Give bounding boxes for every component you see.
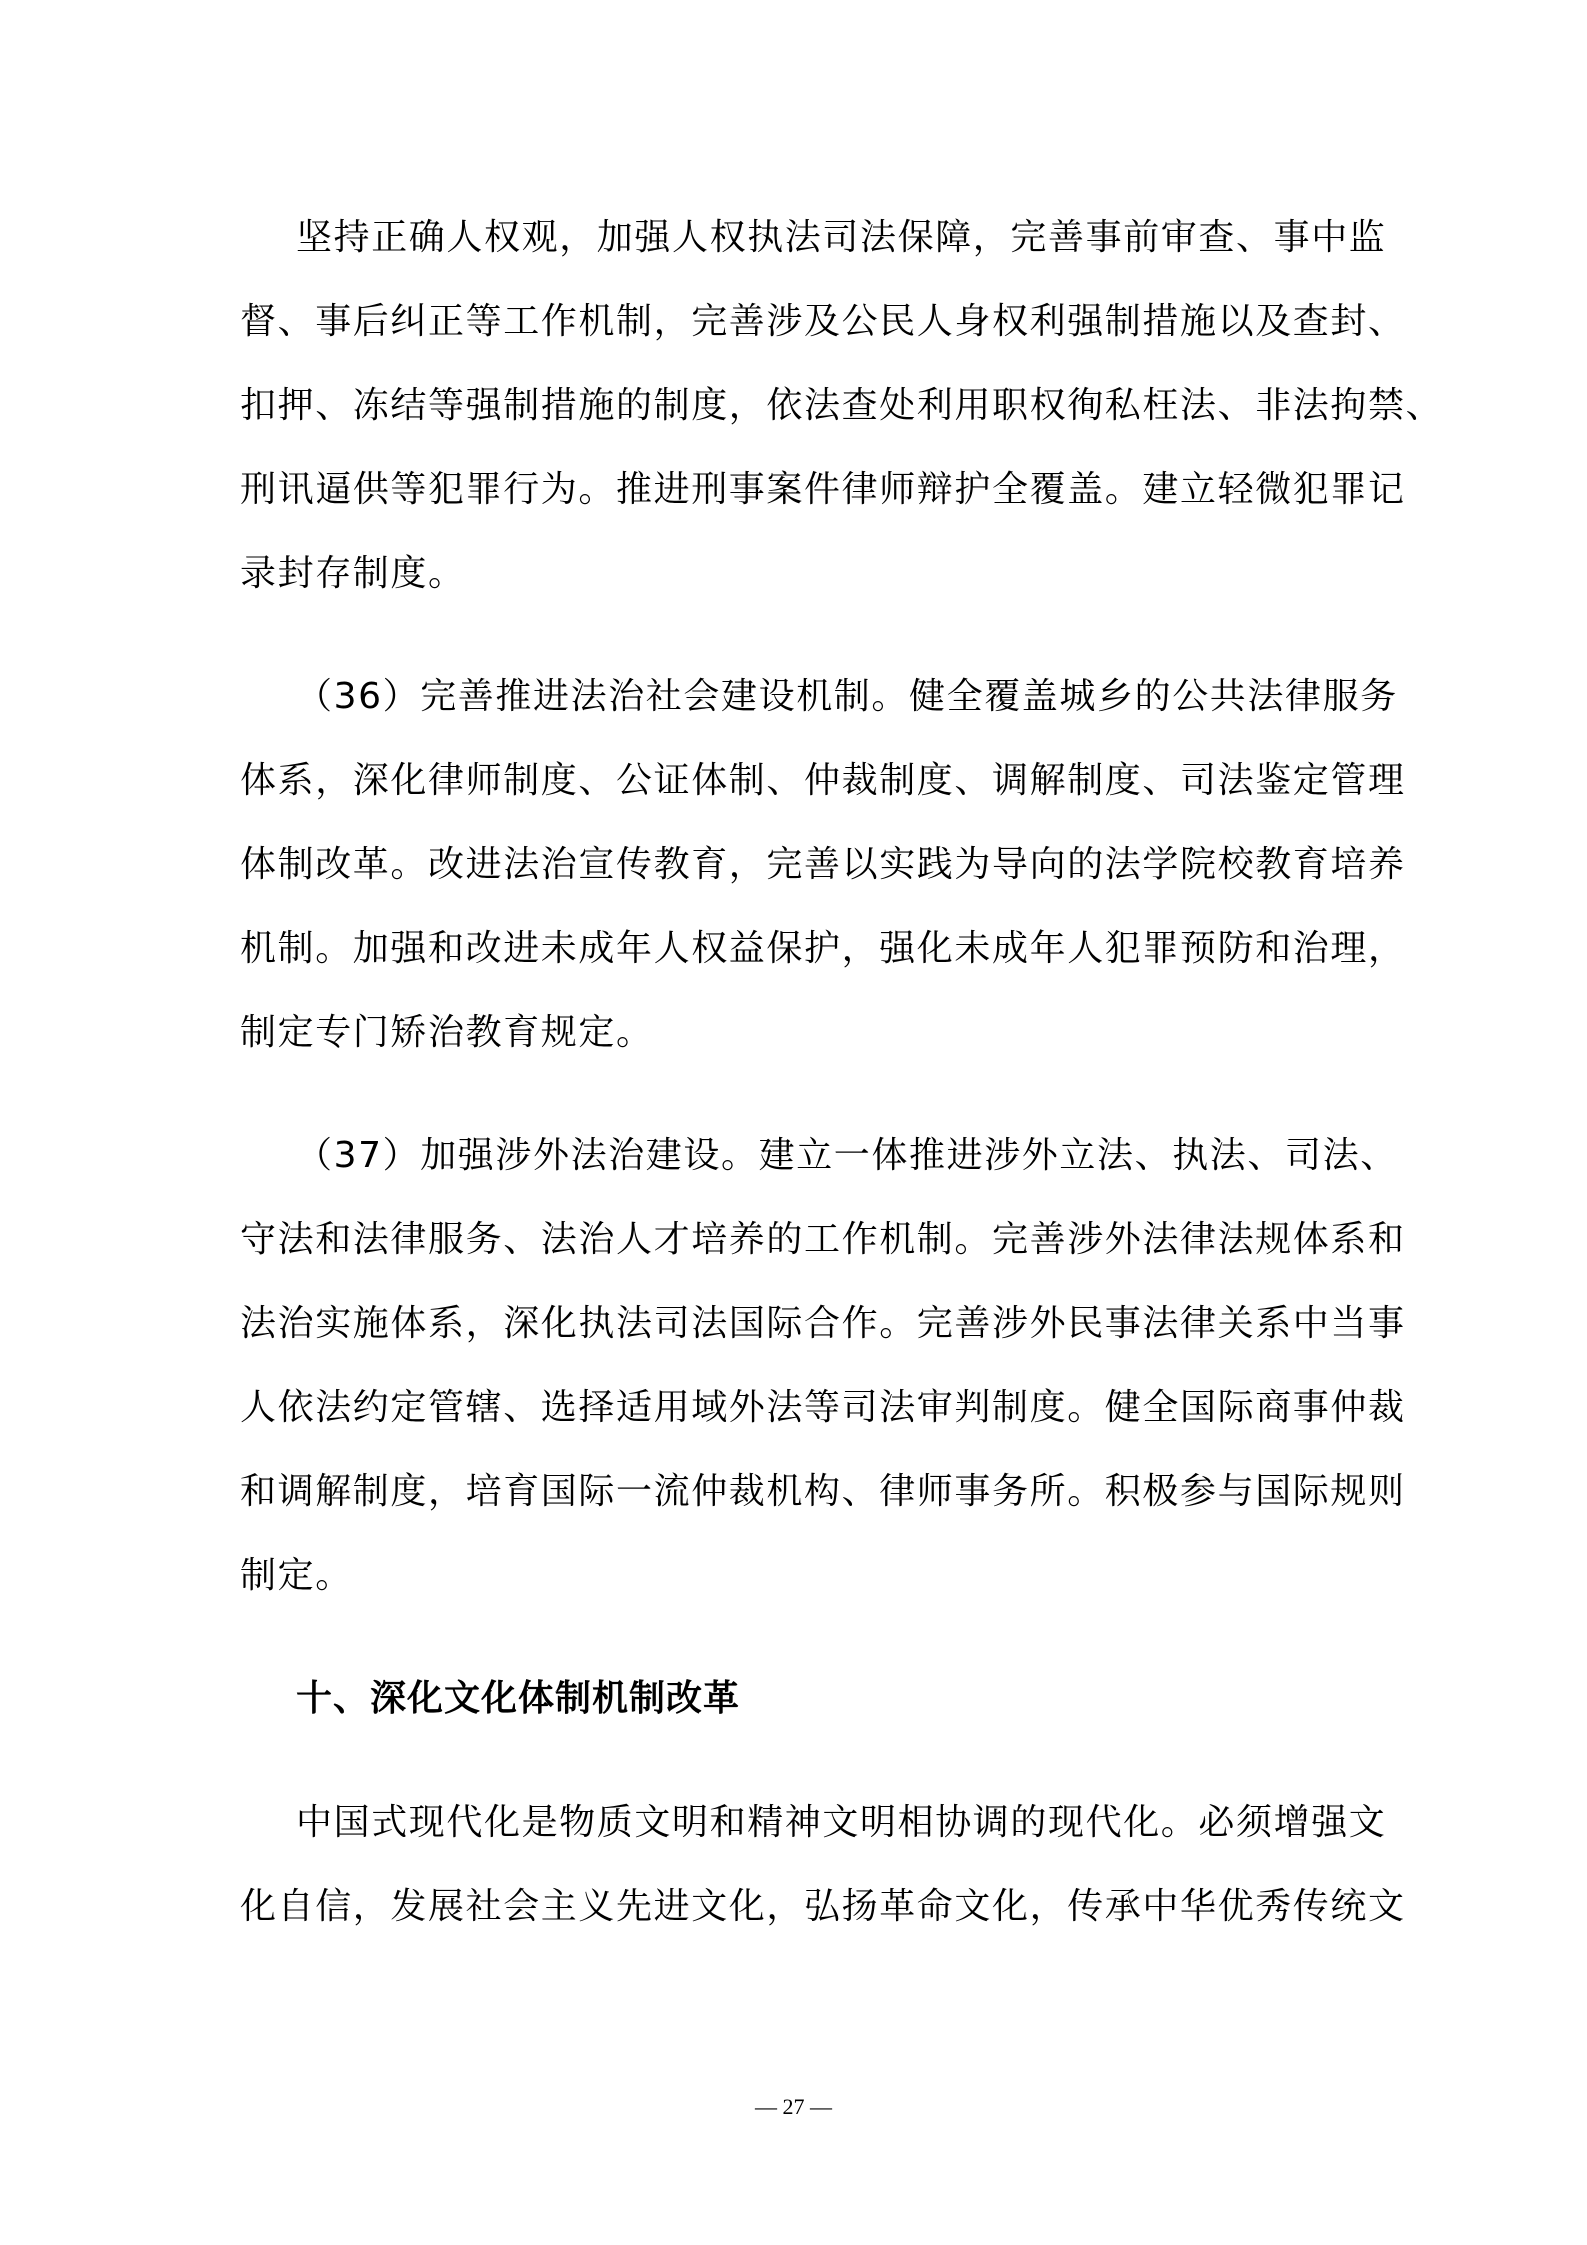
paragraph-line: 守法和法律服务、法治人才培养的工作机制。完善涉外法律法规体系和 xyxy=(240,1216,1355,1264)
paragraph-line: 体系，深化律师制度、公证体制、仲裁制度、调解制度、司法鉴定管理 xyxy=(240,757,1355,805)
paragraph-line: 督、事后纠正等工作机制，完善涉及公民人身权利强制措施以及查封、 xyxy=(240,298,1355,346)
paragraph-line: 中国式现代化是物质文明和精神文明相协调的现代化。必须增强文 xyxy=(296,1799,1355,1847)
page-number: — 27 — xyxy=(0,2093,1587,2121)
paragraph-line: 录封存制度。 xyxy=(240,550,466,598)
paragraph-line: 制定专门矫治教育规定。 xyxy=(240,1009,654,1057)
paragraph-line: 机制。加强和改进未成年人权益保护，强化未成年人犯罪预防和治理， xyxy=(240,925,1355,973)
paragraph-line: （37）加强涉外法治建设。建立一体推进涉外立法、执法、司法、 xyxy=(296,1132,1355,1180)
paragraph-line: 化自信，发展社会主义先进文化，弘扬革命文化，传承中华优秀传统文 xyxy=(240,1883,1355,1931)
paragraph-line: 制定。 xyxy=(240,1552,353,1600)
document-page: 坚持正确人权观，加强人权执法司法保障，完善事前审查、事中监 督、事后纠正等工作机… xyxy=(0,0,1587,2245)
paragraph-line: 刑讯逼供等犯罪行为。推进刑事案件律师辩护全覆盖。建立轻微犯罪记 xyxy=(240,466,1355,514)
paragraph-line: （36）完善推进法治社会建设机制。健全覆盖城乡的公共法律服务 xyxy=(296,673,1355,721)
paragraph-line: 体制改革。改进法治宣传教育，完善以实践为导向的法学院校教育培养 xyxy=(240,841,1355,889)
section-heading: 十、深化文化体制机制改革 xyxy=(296,1675,1355,1723)
paragraph-line: 扣押、冻结等强制措施的制度，依法查处利用职权徇私枉法、非法拘禁、 xyxy=(240,382,1355,430)
paragraph-line: 法治实施体系，深化执法司法国际合作。完善涉外民事法律关系中当事 xyxy=(240,1300,1355,1348)
paragraph-line: 坚持正确人权观，加强人权执法司法保障，完善事前审查、事中监 xyxy=(296,214,1355,262)
paragraph-line: 人依法约定管辖、选择适用域外法等司法审判制度。健全国际商事仲裁 xyxy=(240,1384,1355,1432)
paragraph-line: 和调解制度，培育国际一流仲裁机构、律师事务所。积极参与国际规则 xyxy=(240,1468,1355,1516)
